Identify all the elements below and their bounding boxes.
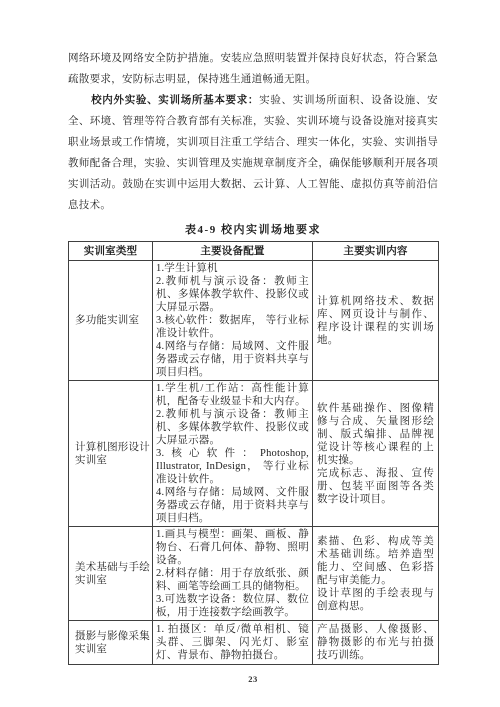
equipment-cell: 1.画具与模型：画架、画板、静物台、石膏几何体、静物、照明设备。 2.材料存储：… <box>153 527 313 621</box>
page-number: 23 <box>68 674 438 684</box>
training-content-cell: 素描、色彩、构成等美术基础训练。培养造型能力、空间感、色彩搭配与审美能力。 设计… <box>313 527 439 621</box>
equipment-cell: 1.学生机/工作站：高性能计算机，配备专业级显卡和大内存。 2.教师机与演示设备… <box>153 381 313 527</box>
table-row: 计算机图形设计实训室 1.学生机/工作站：高性能计算机，配备专业级显卡和大内存。… <box>69 381 439 527</box>
col-header-equipment: 主要设备配置 <box>153 242 313 261</box>
table-header: 实训室类型 主要设备配置 主要实训内容 <box>69 242 439 261</box>
equipment-cell: 1. 拍摄区：单反/微单相机、镜头群、三脚架、闪光灯、影室灯、背景布、静物拍摄台… <box>153 621 313 665</box>
page-content: 网络环境及网络安全防护措施。安装应急照明装置并保持良好状态，符合紧急疏散要求，安… <box>68 48 438 684</box>
paragraph-requirements: 校内外实验、实训场所基本要求：实验、实训场所面积、设备设施、安全、环境、管理等符… <box>68 90 438 216</box>
table-row: 美术基础与手绘实训室 1.画具与模型：画架、画板、静物台、石膏几何体、静物、照明… <box>69 527 439 621</box>
room-type-cell: 美术基础与手绘实训室 <box>69 527 153 621</box>
table-caption: 表4-9 校内实训场地要求 <box>68 221 438 237</box>
training-site-table: 实训室类型 主要设备配置 主要实训内容 多功能实训室 1.学生计算机 2.教师机… <box>68 241 439 665</box>
paragraph-safety: 网络环境及网络安全防护措施。安装应急照明装置并保持良好状态，符合紧急疏散要求，安… <box>68 48 438 90</box>
table-header-row: 实训室类型 主要设备配置 主要实训内容 <box>69 242 439 261</box>
training-content-cell: 计算机网络技术、数据库、网页设计与制作、程序设计课程的实训场地。 <box>313 261 439 381</box>
equipment-cell: 1.学生计算机 2.教师机与演示设备：教师主机、多媒体教学软件、投影仪或大屏显示… <box>153 261 313 381</box>
room-type-cell: 多功能实训室 <box>69 261 153 381</box>
col-header-training-content: 主要实训内容 <box>313 242 439 261</box>
table-row: 摄影与影像采集实训室 1. 拍摄区：单反/微单相机、镜头群、三脚架、闪光灯、影室… <box>69 621 439 665</box>
paragraph-lead-bold: 校内外实验、实训场所基本要求： <box>91 95 259 106</box>
paragraph-body-text: 实验、实训场所面积、设备设施、安全、环境、管理等符合教育部有关标准，实验、实训环… <box>68 95 438 211</box>
training-content-cell: 产品摄影、人像摄影、静物摄影的布光与拍摄技巧训练。 <box>313 621 439 665</box>
room-type-cell: 计算机图形设计实训室 <box>69 381 153 527</box>
table-body: 多功能实训室 1.学生计算机 2.教师机与演示设备：教师主机、多媒体教学软件、投… <box>69 261 439 665</box>
document-page: 网络环境及网络安全防护措施。安装应急照明装置并保持良好状态，符合紧急疏散要求，安… <box>0 0 500 707</box>
col-header-room-type: 实训室类型 <box>69 242 153 261</box>
room-type-cell: 摄影与影像采集实训室 <box>69 621 153 665</box>
training-content-cell: 软件基础操作、图像精修与合成、矢量图形绘制、版式编排、品牌视觉设计等核心课程的上… <box>313 381 439 527</box>
table-row: 多功能实训室 1.学生计算机 2.教师机与演示设备：教师主机、多媒体教学软件、投… <box>69 261 439 381</box>
